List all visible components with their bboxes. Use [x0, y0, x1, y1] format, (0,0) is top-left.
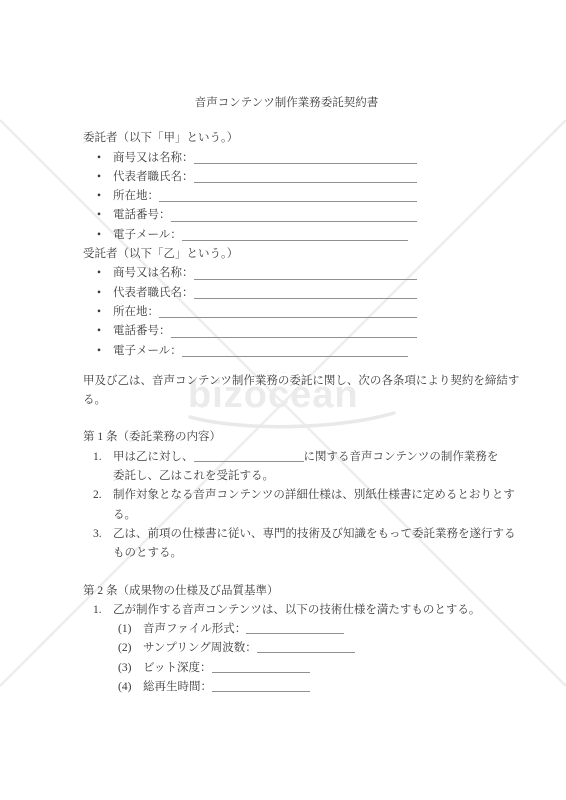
article-2-item-1: 1. 乙が制作する音声コンテンツは、以下の技術仕様を満たすものとする。: [83, 601, 490, 620]
spec-row-total-duration: (4)総再生時間：: [83, 678, 490, 697]
party-b-field-address: • 所在地：: [83, 303, 417, 322]
field-label: 電話番号：: [113, 322, 171, 341]
spec-label: サンプリング周波数：: [143, 642, 257, 654]
fill-in-line: [194, 163, 418, 164]
clause-number: 1.: [93, 448, 113, 467]
party-a-field-company: • 商号又は名称：: [83, 149, 417, 168]
party-a-field-representative: • 代表者職氏名：: [83, 168, 417, 187]
party-b-field-email: • 電子メール：: [83, 342, 417, 361]
preamble-line-1: 甲及び乙は、音声コンテンツ制作業務の委託に関し、次の各条項により契約を締結す: [83, 372, 490, 391]
field-label: 商号又は名称：: [113, 264, 194, 283]
clause-text-post: に関する音声コンテンツの制作業務を: [304, 451, 499, 463]
fill-in-line: [159, 317, 417, 318]
bullet-icon: •: [83, 206, 113, 225]
field-label: 電子メール：: [113, 226, 182, 245]
clause-text-pre: 甲は乙に対し、: [113, 451, 194, 463]
field-label: 電話番号：: [113, 206, 171, 225]
fill-in-line: [182, 356, 408, 357]
party-b-field-representative: • 代表者職氏名：: [83, 284, 417, 303]
fill-in-line: [171, 337, 418, 338]
fill-in-blank: [246, 621, 344, 634]
bullet-icon: •: [83, 187, 113, 206]
article-2-heading: 第 2 条（成果物の仕様及び品質基準）: [83, 582, 490, 601]
spec-row-audio-format: (1)音声ファイル形式：: [83, 620, 490, 639]
party-a-field-phone: • 電話番号：: [83, 206, 417, 225]
bullet-icon: •: [83, 149, 113, 168]
article-1-item-1-line-1: 1. 甲は乙に対し、に関する音声コンテンツの制作業務を: [83, 448, 490, 467]
contract-body: 音声コンテンツ制作業務委託契約書 委託者（以下「甲」という。） • 商号又は名称…: [83, 94, 490, 697]
clause-text: 乙が制作する音声コンテンツは、以下の技術仕様を満たすものとする。: [113, 601, 480, 620]
document-page: ビズオーシャン bizocean 音声コンテンツ制作業務委託契約書 委託者（以下…: [0, 0, 566, 800]
party-a-field-email: • 電子メール：: [83, 226, 417, 245]
bullet-icon: •: [83, 342, 113, 361]
bullet-icon: •: [83, 264, 113, 283]
field-label: 電子メール：: [113, 342, 182, 361]
spec-label: 総再生時間：: [143, 681, 212, 693]
fill-in-line: [182, 240, 408, 241]
party-a-heading: 委託者（以下「甲」という。）: [83, 129, 490, 148]
bullet-icon: •: [83, 168, 113, 187]
fill-in-blank: [212, 679, 310, 692]
spec-number: (1): [118, 620, 143, 639]
article-1-heading: 第 1 条（委託業務の内容）: [83, 428, 490, 447]
field-label: 商号又は名称：: [113, 149, 194, 168]
spec-label: 音声ファイル形式：: [143, 623, 246, 635]
fill-in-line: [171, 221, 418, 222]
article-1-item-3-line-2: ものとする。: [113, 544, 490, 563]
fill-in-blank: [212, 660, 310, 673]
clause-text: 乙は、前項の仕様書に従い、専門的技術及び知識をもって委託業務を遂行する: [113, 525, 516, 544]
party-b-field-phone: • 電話番号：: [83, 322, 417, 341]
fill-in-line: [194, 298, 418, 299]
article-1-item-2-line-1: 2. 制作対象となる音声コンテンツの詳細仕様は、別紙仕様書に定めるとおりとす: [83, 486, 490, 505]
fill-in-blank: [194, 449, 304, 462]
spec-number: (2): [118, 639, 143, 658]
doc-title: 音声コンテンツ制作業務委託契約書: [83, 94, 490, 113]
field-label: 所在地：: [113, 187, 159, 206]
clause-number: 2.: [93, 486, 113, 505]
preamble-line-2: る。: [83, 391, 490, 410]
bullet-icon: •: [83, 284, 113, 303]
party-a-field-address: • 所在地：: [83, 187, 417, 206]
clause-number: 3.: [93, 525, 113, 544]
field-label: 所在地：: [113, 303, 159, 322]
spec-row-sampling-rate: (2)サンプリング周波数：: [83, 639, 490, 658]
fill-in-line: [194, 279, 418, 280]
fill-in-blank: [257, 640, 355, 653]
article-1-item-3-line-1: 3. 乙は、前項の仕様書に従い、専門的技術及び知識をもって委託業務を遂行する: [83, 525, 490, 544]
field-label: 代表者職氏名：: [113, 284, 194, 303]
party-b-heading: 受託者（以下「乙」という。）: [83, 245, 490, 264]
spec-row-bit-depth: (3)ビット深度：: [83, 659, 490, 678]
article-1-item-2-line-2: る。: [113, 506, 490, 525]
spec-number: (3): [118, 659, 143, 678]
fill-in-line: [159, 201, 417, 202]
spec-label: ビット深度：: [143, 662, 212, 674]
clause-number: 1.: [93, 601, 113, 620]
article-1-item-1-line-2: 委託し、乙はこれを受託する。: [113, 467, 490, 486]
clause-text: 制作対象となる音声コンテンツの詳細仕様は、別紙仕様書に定めるとおりとす: [113, 486, 515, 505]
fill-in-line: [194, 182, 418, 183]
field-label: 代表者職氏名：: [113, 168, 194, 187]
spec-number: (4): [118, 678, 143, 697]
bullet-icon: •: [83, 303, 113, 322]
bullet-icon: •: [83, 322, 113, 341]
bullet-icon: •: [83, 226, 113, 245]
party-b-field-company: • 商号又は名称：: [83, 264, 417, 283]
